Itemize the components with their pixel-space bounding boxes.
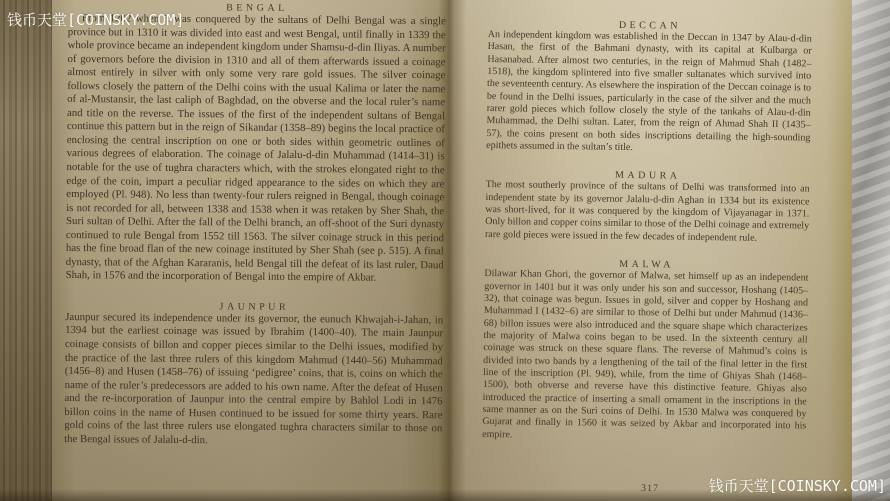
bengal-paragraph: From 1202 when it was conquered by the s… [66,12,446,286]
right-page-text: DECCAN An independent kingdom was establ… [482,18,812,445]
page-number: 317 [641,483,659,494]
madura-paragraph: The most southerly province of the sulta… [485,179,810,245]
background-fabric [852,0,890,501]
watermark-bottom-right: 钱币天堂[COINSKY.COM] [709,475,886,496]
malwa-paragraph: Dilawar Khan Ghori, the governor of Malw… [482,268,808,445]
watermark-top-left: 钱币天堂[COINSKY.COM] [7,9,184,30]
left-page-text: BENGAL From 1202 when it was conquered b… [64,1,446,450]
book-page-edges-left [0,0,58,501]
deccan-paragraph: An independent kingdom was established i… [486,29,812,157]
jaunpur-paragraph: Jaunpur secured its independence under i… [64,311,443,450]
open-book-photo: BENGAL From 1202 when it was conquered b… [0,0,890,501]
